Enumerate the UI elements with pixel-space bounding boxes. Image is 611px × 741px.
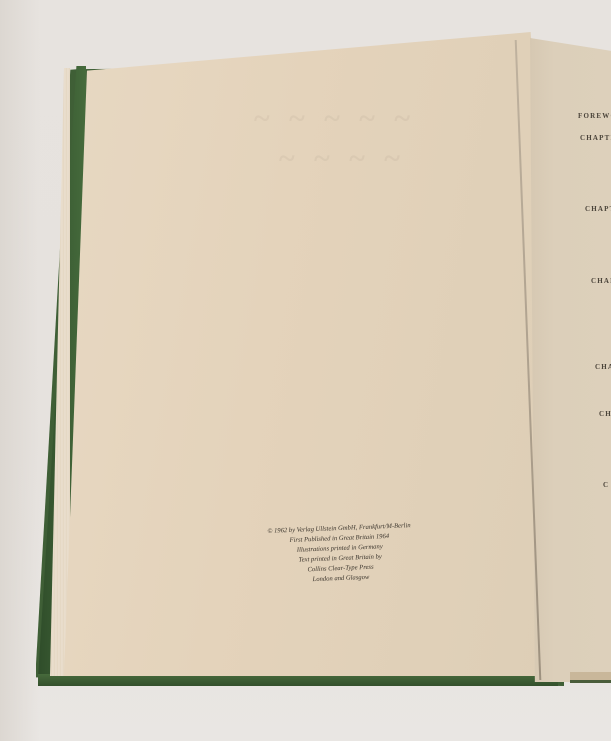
toc-chapter: CH bbox=[599, 410, 611, 418]
toc-chapter: CHA bbox=[595, 363, 611, 371]
toc-chapter: CHAPTE bbox=[580, 134, 611, 142]
toc-foreword: FOREWO bbox=[578, 112, 611, 120]
show-through-text: ~ ~ ~ ~ bbox=[279, 142, 406, 176]
table-surface bbox=[0, 0, 40, 741]
book-photo: ~ ~ ~ ~ ~ ~ ~ ~ ~ © 1962 by Verlag Ullst… bbox=[0, 0, 611, 741]
copyright-imprint: © 1962 by Verlag Ullstein GmbH, Frankfur… bbox=[243, 520, 437, 588]
show-through-text: ~ ~ ~ ~ ~ bbox=[254, 102, 416, 136]
toc-chapter: CHAPT bbox=[585, 205, 611, 213]
toc-chapter: C bbox=[603, 481, 609, 489]
toc-chapter: CHAP bbox=[591, 277, 611, 285]
right-page-bottom-edge bbox=[570, 672, 611, 683]
